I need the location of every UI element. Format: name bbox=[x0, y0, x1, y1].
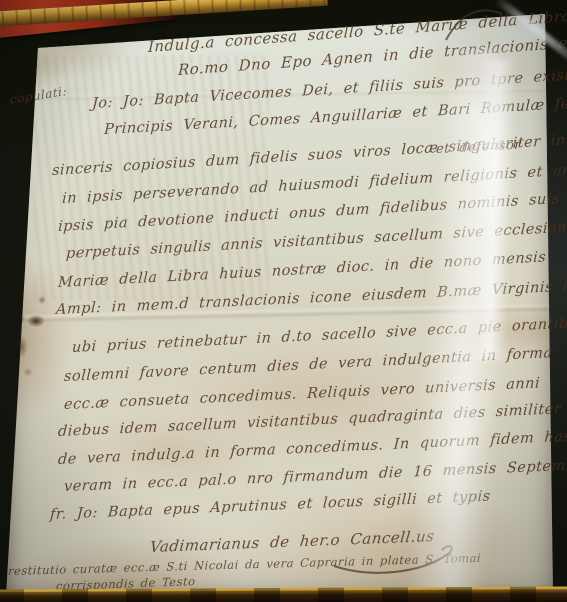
framed-manuscript-photo: Indulg.a concessa sacello S.te Mariæ del… bbox=[0, 0, 567, 602]
frame-bottom-rail bbox=[0, 587, 567, 602]
pen-flourish-top bbox=[440, 4, 510, 44]
